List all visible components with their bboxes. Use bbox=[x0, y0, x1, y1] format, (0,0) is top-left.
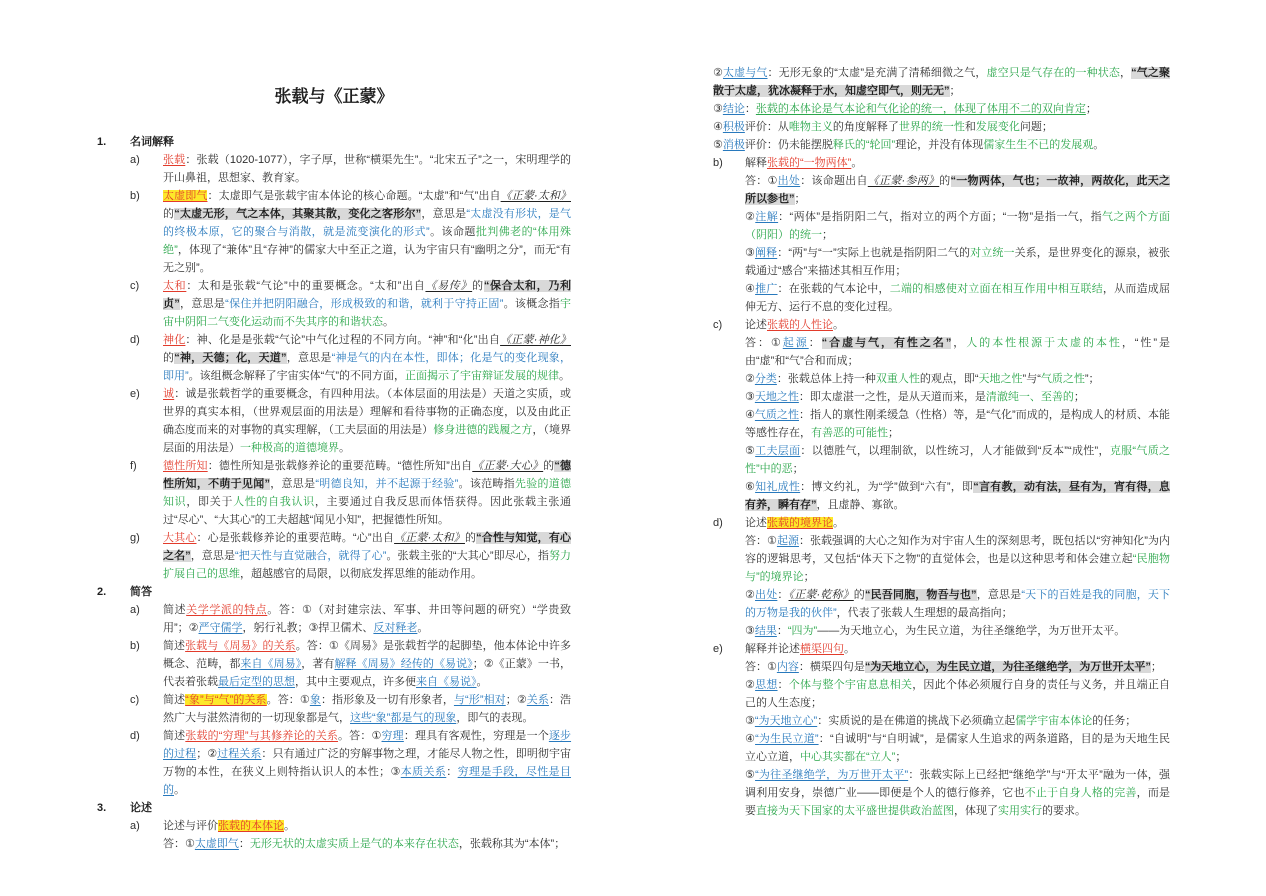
text: ，代表了张载人生理想的最高指向； bbox=[837, 607, 1013, 619]
key-term-red: 诚 bbox=[163, 388, 174, 400]
text: 。 bbox=[339, 442, 350, 454]
analysis-text-green: 二端的相感使对立面在相互作用中相互联结 bbox=[890, 283, 1103, 295]
text: ③ bbox=[713, 103, 723, 115]
text: ： bbox=[777, 625, 788, 637]
text: 。该概念指 bbox=[503, 298, 560, 310]
book-title: 《易传》 bbox=[425, 280, 472, 292]
text: 。 bbox=[1093, 139, 1104, 151]
text: ； bbox=[1086, 103, 1097, 115]
text: 论述 bbox=[745, 517, 767, 529]
book-title: 《正蒙·乾称》 bbox=[789, 589, 854, 601]
text: ：即太虚湛一之性，是从天道而来，是 bbox=[799, 391, 986, 403]
item-letter: c) bbox=[713, 316, 745, 514]
key-point-blue: 来自《易说》 bbox=[416, 676, 477, 688]
translation-text: “把天性与直觉融合，就得了心” bbox=[235, 550, 386, 562]
list-item: c)太和：太和是张载“气论”中的重要概念。“太和”出自《易传》的“保合太和，乃利… bbox=[130, 277, 571, 331]
text: ④ bbox=[745, 283, 755, 295]
text: ，意思是 bbox=[421, 208, 466, 220]
answer-continuation: ②太虚与气：无形无象的“太虚”是充满了清稀细微之气，虚空只是气存在的一种状态，“… bbox=[713, 64, 1170, 154]
key-point-blue: 象 bbox=[310, 694, 321, 706]
text: ，意思是 bbox=[287, 352, 332, 364]
text: 答：① bbox=[745, 661, 777, 673]
text: ： bbox=[239, 838, 250, 850]
section-number: 1. bbox=[97, 133, 130, 151]
text: ③ bbox=[745, 247, 755, 259]
text: ：张载总体上持一种 bbox=[777, 373, 876, 385]
text: 的 bbox=[543, 460, 554, 472]
text: ； bbox=[950, 85, 961, 97]
list-item: d)简述张载的“穷理”与其修养论的关系。答：①穷理：理具有客观性，穷理是一个逐步… bbox=[130, 727, 571, 799]
key-term-red: 大其心 bbox=[163, 532, 197, 544]
key-term-red: 关学学派的特点 bbox=[186, 604, 267, 616]
book-title: 《正蒙·太和》 bbox=[501, 190, 571, 202]
text: ： bbox=[777, 589, 788, 601]
key-point-blue: 推广 bbox=[755, 283, 777, 295]
analysis-text-green-underlined: 张载的本体论是气本论和气化论的统一，体现了体用不二的双向肯定 bbox=[756, 103, 1086, 115]
list-item: e)解释并论述横渠四句。答：①内容：横渠四句是“为天地立心，为生民立道，为往圣继… bbox=[713, 640, 1170, 820]
paragraph: ②注解：“两体”是指阴阳二气，指对立的两个方面；“一物”是指一气，指气之两个方面… bbox=[745, 208, 1170, 244]
key-point-blue: 气质之性 bbox=[755, 409, 799, 421]
paragraph: ③结论：张载的本体论是气本论和气化论的统一，体现了体用不二的双向肯定； bbox=[713, 100, 1170, 118]
text: ，著有 bbox=[301, 658, 334, 670]
text: 评价：仍未能摆脱 bbox=[745, 139, 833, 151]
analysis-text-green: 虚空只是气存在的一种状态 bbox=[987, 67, 1121, 79]
key-point-blue: 思想 bbox=[755, 679, 777, 691]
text: ：理具有客观性，穷理是一个 bbox=[404, 730, 549, 742]
paragraph: 德性所知：德性所知是张载修养论的重要范畴。“德性所知”出自《正蒙·大心》的“德性… bbox=[163, 457, 571, 529]
list-item: c)简述“象”与“气”的关系。答：①象：指形象及一切有形象者，与“形”相对；②关… bbox=[130, 691, 571, 727]
key-point-blue: 工夫层面 bbox=[755, 445, 800, 457]
text: ”与“ bbox=[1023, 373, 1041, 385]
analysis-text-green: 有善恶的可能性 bbox=[811, 427, 888, 439]
paragraph: ③天地之性：即太虚湛一之性，是从天道而来，是清澈纯一、至善的； bbox=[745, 388, 1170, 406]
paragraph: 论述张载的人性论。 bbox=[745, 316, 1170, 334]
text: 的 bbox=[939, 175, 950, 187]
text: ；② bbox=[506, 694, 527, 706]
text: ，意思是 bbox=[977, 589, 1022, 601]
key-point-blue: 注解 bbox=[755, 211, 778, 223]
text: 的 bbox=[163, 352, 174, 364]
paragraph: 答：①内容：横渠四句是“为天地立心，为生民立道，为往圣继绝学，为万世开太平”； bbox=[745, 658, 1170, 676]
highlighted-key-term: 太虚即气 bbox=[163, 190, 207, 202]
key-point-blue: 与“形”相对 bbox=[454, 694, 506, 706]
key-point-blue: 天地之性 bbox=[755, 391, 799, 403]
text: ，即关于 bbox=[186, 496, 233, 508]
text: 问题； bbox=[1020, 121, 1053, 133]
text: 。 bbox=[477, 676, 488, 688]
paragraph: 论述与评价张载的本体论。 bbox=[163, 817, 571, 835]
text: ： bbox=[745, 103, 756, 115]
key-point-blue: 起源 bbox=[783, 337, 809, 349]
text: 。 bbox=[174, 784, 185, 796]
text: ：太虚即气是张载宇宙本体论的核心命题。“太虚”和“气”出自 bbox=[207, 190, 500, 202]
item-letter: b) bbox=[130, 637, 163, 691]
analysis-text-green: 儒家生生不已的发展观 bbox=[983, 139, 1093, 151]
text: ； bbox=[822, 229, 833, 241]
list-item: d)神化：神、化是是张载“气论”中气化过程的不同方向。“神”和“化”出自《正蒙·… bbox=[130, 331, 571, 385]
section-heading: 论述 bbox=[130, 799, 152, 817]
paragraph: 简述张载的“穷理”与其修养论的关系。答：①穷理：理具有客观性，穷理是一个逐步的过… bbox=[163, 727, 571, 799]
book-title: 《正蒙·神化》 bbox=[500, 334, 571, 346]
item-body: 简述张载与《周易》的关系。答：①《周易》是张载哲学的起脚垫，他本体论中许多概念、… bbox=[163, 637, 571, 691]
key-point-blue: 最后定型的思想 bbox=[218, 676, 295, 688]
paragraph: 太虚即气：太虚即气是张载宇宙本体论的核心命题。“太虚”和“气”出自《正蒙·太和》… bbox=[163, 187, 571, 277]
text: ，其中主要观点，许多便 bbox=[295, 676, 416, 688]
text: 。 bbox=[844, 643, 855, 655]
list-item: d)论述张载的境界论。答：①起源：张载强调的大心之知作为对宇宙人生的深刻思考，既… bbox=[713, 514, 1170, 640]
analysis-text-green: 双重人性 bbox=[876, 373, 920, 385]
text: ⑤ bbox=[745, 769, 755, 781]
paragraph: 答：①起源：“合虚与气，有性之名”，人的本性根源于太虚的本性，“性”是由“虚”和… bbox=[745, 334, 1170, 370]
item-letter: e) bbox=[130, 385, 163, 457]
analysis-text-green: 发展变化 bbox=[976, 121, 1020, 133]
text: ： bbox=[778, 679, 789, 691]
text: ——为天地立心，为生民立道，为往圣继绝学，为万世开太平。 bbox=[817, 625, 1125, 637]
item-letter: c) bbox=[130, 277, 163, 331]
section-number: 2. bbox=[97, 583, 130, 601]
key-point-blue: 本质关系 bbox=[401, 766, 447, 778]
text: ； bbox=[1074, 391, 1085, 403]
paragraph: ⑤工夫层面：以德胜气，以理制欲，以性统习，人才能做到“反本”“成性”，克服“气质… bbox=[745, 442, 1170, 478]
paragraph: 解释张载的“一物两体”。 bbox=[745, 154, 1170, 172]
highlighted-key-term: 张载的本体论 bbox=[218, 820, 284, 832]
page-left: 张载与《正蒙》 1.名词解释a)张载：张载（1020-1077），字子厚，世称“… bbox=[97, 86, 571, 853]
text: ⑥ bbox=[745, 481, 755, 493]
text: ：张载强调的大心之知作为对宇宙人生的深刻思考，既包括以“穷神知化”为内容的逻辑思… bbox=[745, 535, 1170, 565]
key-point-blue: 出处 bbox=[755, 589, 777, 601]
key-term-red: 张载的“穷理”与其修养论的关系 bbox=[185, 730, 338, 742]
text: ”； bbox=[1085, 373, 1100, 385]
section-heading: 名词解释 bbox=[130, 133, 174, 151]
text: 理论，并没有体现 bbox=[895, 139, 983, 151]
item-body: 论述张载的人性论。答：①起源：“合虚与气，有性之名”，人的本性根源于太虚的本性，… bbox=[745, 316, 1170, 514]
text: ； bbox=[793, 463, 804, 475]
key-point-blue: 这些“象”都是气的现象 bbox=[350, 712, 456, 724]
text: ④ bbox=[713, 121, 723, 133]
paragraph: ⑤消极评价：仍未能摆脱释氏的“轮回”理论，并没有体现儒家生生不已的发展观。 bbox=[713, 136, 1170, 154]
text: 。张载主张的“大其心”即尽心，指 bbox=[386, 550, 549, 562]
list-item: b)解释张载的“一物两体”。答：①出处：该命题出自《正蒙·参两》的“一物两体，气… bbox=[713, 154, 1170, 316]
text: ；② bbox=[196, 748, 217, 760]
text: 解释 bbox=[745, 157, 767, 169]
text: ：德性所知是张载修养论的重要范畴。“德性所知”出自 bbox=[208, 460, 473, 472]
text: ：张载（1020-1077），字子厚，世称“横渠先生”。“北宋五子”之一，宋明理… bbox=[163, 154, 571, 184]
paragraph: 简述张载与《周易》的关系。答：①《周易》是张载哲学的起脚垫，他本体论中许多概念、… bbox=[163, 637, 571, 691]
item-body: 论述与评价张载的本体论。答：①太虚即气：无形无状的太虚实质上是气的本来存在状态，… bbox=[163, 817, 571, 853]
item-letter: b) bbox=[130, 187, 163, 277]
text: 论述与评价 bbox=[163, 820, 218, 832]
item-body: 解释张载的“一物两体”。答：①出处：该命题出自《正蒙·参两》的“一物两体，气也；… bbox=[745, 154, 1170, 316]
text: ： bbox=[446, 766, 457, 778]
text: ： bbox=[809, 337, 822, 349]
text: ：博文约礼，为“学”做到“六有”，即 bbox=[800, 481, 973, 493]
text: ② bbox=[713, 67, 723, 79]
text: ：横渠四句是 bbox=[799, 661, 865, 673]
analysis-text-green: 中心其实都在“立人” bbox=[800, 751, 895, 763]
text: ③ bbox=[745, 625, 755, 637]
text: ，即气的表现。 bbox=[456, 712, 533, 724]
paragraph: ③结果：“四为”——为天地立心，为生民立道，为往圣继绝学，为万世开太平。 bbox=[745, 622, 1170, 640]
text: 和 bbox=[965, 121, 976, 133]
analysis-text-green: 儒学宇宙本体论 bbox=[1015, 715, 1092, 727]
analysis-text-green: 人性的自我认识 bbox=[233, 496, 315, 508]
text: ④ bbox=[745, 733, 755, 745]
paragraph: ⑥知礼成性：博文约礼，为“学”做到“六有”，即“言有教，动有法，昼有为，宵有得，… bbox=[745, 478, 1170, 514]
item-letter: g) bbox=[130, 529, 163, 583]
list-item: f)德性所知：德性所知是张载修养论的重要范畴。“德性所知”出自《正蒙·大心》的“… bbox=[130, 457, 571, 529]
text: ，意思是 bbox=[270, 478, 315, 490]
text: ：太和是张载“气论”中的重要概念。“太和”出自 bbox=[186, 280, 425, 292]
list-item: a)张载：张载（1020-1077），字子厚，世称“横渠先生”。“北宋五子”之一… bbox=[130, 151, 571, 187]
text: 简述 bbox=[163, 604, 186, 616]
text: 。 bbox=[559, 370, 570, 382]
key-point-blue: 太虚与气 bbox=[723, 67, 768, 79]
paragraph: 答：①出处：该命题出自《正蒙·参两》的“一物两体，气也；一故神，两故化，此天之所… bbox=[745, 172, 1170, 208]
text: ，意思是 bbox=[191, 550, 235, 562]
paragraph: 张载：张载（1020-1077），字子厚，世称“横渠先生”。“北宋五子”之一，宋… bbox=[163, 151, 571, 187]
book-title: 《正蒙·参两》 bbox=[868, 175, 940, 187]
item-letter: c) bbox=[130, 691, 163, 727]
text: ：在张载的气本论中， bbox=[778, 283, 890, 295]
paragraph: 简述关学学派的特点。答：①（对封建宗法、军事、井田等问题的研究）“学贵致用”；②… bbox=[163, 601, 571, 637]
analysis-text-green: 修身进德的践履之方 bbox=[433, 424, 532, 436]
key-point-blue: “为天地立心” bbox=[755, 715, 817, 727]
highlighted-key-term: 张载的境界论 bbox=[767, 517, 833, 529]
text: ：“两”与“一”实际上也就是指阴阳二气的 bbox=[777, 247, 970, 259]
paragraph: ④气质之性：指人的禀性刚柔缓急（性格）等，是“气化”而成的，是构成人的材质、本能… bbox=[745, 406, 1170, 442]
item-letter: e) bbox=[713, 640, 745, 820]
item-letter: f) bbox=[130, 457, 163, 529]
text: ③ bbox=[745, 391, 755, 403]
text: 。 bbox=[383, 316, 394, 328]
paragraph: ④推广：在张载的气本论中，二端的相感使对立面在相互作用中相互联结，从而造成屈伸无… bbox=[745, 280, 1170, 316]
key-point-blue: “为往圣继绝学，为万世开太平” bbox=[755, 769, 908, 781]
analysis-text-green: 天地之性 bbox=[979, 373, 1023, 385]
text: ， bbox=[951, 337, 966, 349]
key-point-blue: 来自《周易》 bbox=[240, 658, 301, 670]
paragraph: 太和：太和是张载“气论”中的重要概念。“太和”出自《易传》的“保合太和，乃利贞”… bbox=[163, 277, 571, 331]
text: 。 bbox=[417, 622, 428, 634]
paragraph: ③“为天地立心”：实质说的是在佛道的挑战下必须确立起儒学宇宙本体论的任务； bbox=[745, 712, 1170, 730]
text: 答：① bbox=[745, 175, 778, 187]
text: ：指人的禀性刚柔缓急（性格）等，是“气化”而成的，是构成人的材质、本能等感性存在… bbox=[745, 409, 1170, 439]
key-point-blue: “为生民立道” bbox=[755, 733, 819, 745]
text: 论述 bbox=[745, 319, 767, 331]
page-right: ②太虚与气：无形无象的“太虚”是充满了清稀细微之气，虚空只是气存在的一种状态，“… bbox=[713, 64, 1170, 820]
paragraph: 简述“象”与“气”的关系。答：①象：指形象及一切有形象者，与“形”相对；②关系：… bbox=[163, 691, 571, 727]
analysis-text-green: 对立统一 bbox=[970, 247, 1014, 259]
text: 。 bbox=[833, 319, 844, 331]
section-heading: 简答 bbox=[130, 583, 152, 601]
analysis-text-green: 人的本性根源于太虚的本性 bbox=[966, 337, 1122, 349]
text: ：该命题出自 bbox=[800, 175, 868, 187]
text: ：指形象及一切有形象者， bbox=[321, 694, 454, 706]
key-point-blue: 反对释老 bbox=[373, 622, 417, 634]
text: ③ bbox=[745, 715, 755, 727]
analysis-text-green: 唯物主义 bbox=[789, 121, 833, 133]
item-body: 简述张载的“穷理”与其修养论的关系。答：①穷理：理具有客观性，穷理是一个逐步的过… bbox=[163, 727, 571, 799]
key-term-red: 张载与《周易》的关系 bbox=[185, 640, 296, 652]
text: ，体现了“兼体”且“存神”的儒家大中至正之道，认为宇宙只有“幽明之分”，而无“有… bbox=[163, 244, 571, 274]
text: 的 bbox=[854, 589, 865, 601]
item-body: 太虚即气：太虚即气是张载宇宙本体论的核心命题。“太虚”和“气”出自《正蒙·太和》… bbox=[163, 187, 571, 277]
text: ⑤ bbox=[713, 139, 723, 151]
paragraph: ②出处：《正蒙·乾称》的“民吾同胞，物吾与也”，意思是“天下的百姓是我的同胞，天… bbox=[745, 586, 1170, 622]
text: 。 bbox=[833, 517, 844, 529]
text: ② bbox=[745, 589, 755, 601]
text: ：“两体”是指阴阳二气，指对立的两个方面；“一物”是指一气，指 bbox=[778, 211, 1102, 223]
analysis-text-green: 清澈纯一、至善的 bbox=[986, 391, 1074, 403]
item-letter: d) bbox=[130, 331, 163, 385]
analysis-text-green: 释氏的“轮回” bbox=[833, 139, 895, 151]
paragraph: 论述张载的境界论。 bbox=[745, 514, 1170, 532]
analysis-text-green: 实用实行 bbox=[998, 805, 1042, 817]
analysis-text-green: 直接为天下国家的太平盛世提供政治蓝图 bbox=[756, 805, 954, 817]
text: ，体现了 bbox=[954, 805, 998, 817]
text: 的 bbox=[465, 532, 476, 544]
item-body: 太和：太和是张载“气论”中的重要概念。“太和”出自《易传》的“保合太和，乃利贞”… bbox=[163, 277, 571, 331]
key-point-blue: 解释《周易》经传的《易说》 bbox=[334, 658, 472, 670]
item-letter: d) bbox=[713, 514, 745, 640]
highlighted-key-term: “象”与“气”的关系 bbox=[185, 694, 266, 706]
paragraph: 答：①太虚即气：无形无状的太虚实质上是气的本来存在状态，张载称其为“本体”； bbox=[163, 835, 571, 853]
key-point-blue: 过程关系 bbox=[217, 748, 261, 760]
text: 的要求。 bbox=[1042, 805, 1086, 817]
text: ； bbox=[1151, 661, 1162, 673]
text: 答：① bbox=[163, 838, 195, 850]
key-point-blue: 关系 bbox=[527, 694, 549, 706]
text: 。该命题 bbox=[430, 226, 476, 238]
translation-text: “保住并把阴阳融合，形成极致的和谐，就利于守持正固” bbox=[225, 298, 503, 310]
analysis-text-green: “四为” bbox=[788, 625, 817, 637]
paragraph: 大其心：心是张载修养论的重要范畴。“心”出自《正蒙·太和》的“合性与知觉，有心之… bbox=[163, 529, 571, 583]
text: ； bbox=[888, 427, 899, 439]
key-point-blue: 结果 bbox=[755, 625, 777, 637]
text: ，张载称其为“本体”； bbox=[459, 838, 565, 850]
text: ：神、化是是张载“气论”中气化过程的不同方向。“神”和“化”出自 bbox=[185, 334, 500, 346]
item-body: 论述张载的境界论。答：①起源：张载强调的大心之知作为对宇宙人生的深刻思考，既包括… bbox=[745, 514, 1170, 640]
key-term-red: 太和 bbox=[163, 280, 186, 292]
key-term-red: 神化 bbox=[163, 334, 185, 346]
book-title: 《正蒙·太和》 bbox=[394, 532, 465, 544]
item-body: 大其心：心是张载修养论的重要范畴。“心”出自《正蒙·太和》的“合性与知觉，有心之… bbox=[163, 529, 571, 583]
paragraph: 答：①起源：张载强调的大心之知作为对宇宙人生的深刻思考，既包括以“穷神知化”为内… bbox=[745, 532, 1170, 586]
analysis-text-green: 世界的统一性 bbox=[899, 121, 965, 133]
item-letter: a) bbox=[130, 601, 163, 637]
key-point-blue: 内容 bbox=[777, 661, 799, 673]
item-letter: b) bbox=[713, 154, 745, 316]
text: 。该范畴指 bbox=[458, 478, 515, 490]
list-item: e)诚：诚是张载哲学的重要概念，有四种用法。（本体层面的用法是）天道之实质，或世… bbox=[130, 385, 571, 457]
text: 的角度解释了 bbox=[833, 121, 899, 133]
translation-text: “明德良知，并不起源于经验” bbox=[315, 478, 458, 490]
paragraph: 神化：神、化是是张载“气论”中气化过程的不同方向。“神”和“化”出自《正蒙·神化… bbox=[163, 331, 571, 385]
left-sections: 1.名词解释a)张载：张载（1020-1077），字子厚，世称“横渠先生”。“北… bbox=[97, 133, 571, 853]
text: 。答：① bbox=[338, 730, 382, 742]
analysis-text-green: 个体与整个宇宙息息相关 bbox=[789, 679, 912, 691]
book-title: 《正蒙·大心》 bbox=[472, 460, 543, 472]
text: ，超越感官的局限，以彻底发挥思维的能动作用。 bbox=[240, 568, 482, 580]
key-point-blue: 穷理 bbox=[382, 730, 404, 742]
text: 。答：① bbox=[267, 694, 310, 706]
quoted-source-text: “神，天德；化，天道” bbox=[174, 352, 286, 364]
key-point-blue: 起源 bbox=[777, 535, 799, 547]
key-point-blue: 消极 bbox=[723, 139, 745, 151]
key-point-blue: 出处 bbox=[778, 175, 801, 187]
key-term-red: 张载的“一物两体” bbox=[767, 157, 851, 169]
item-letter: d) bbox=[130, 727, 163, 799]
analysis-text-green: 一种极高的道德境界 bbox=[240, 442, 339, 454]
text: ：无形无象的“太虚”是充满了清稀细微之气， bbox=[768, 67, 987, 79]
text: ，意思是 bbox=[180, 298, 225, 310]
analysis-text-green: 无形无状的太虚实质上是气的本来存在状态 bbox=[250, 838, 459, 850]
text: ：心是张载修养论的重要范畴。“心”出自 bbox=[197, 532, 395, 544]
text: ，且虚静、寡欲。 bbox=[817, 499, 905, 511]
list-item: b)简述张载与《周易》的关系。答：①《周易》是张载哲学的起脚垫，他本体论中许多概… bbox=[130, 637, 571, 691]
item-body: 诚：诚是张载哲学的重要概念，有四种用法。（本体层面的用法是）天道之实质，或世界的… bbox=[163, 385, 571, 457]
text: 简述 bbox=[163, 640, 185, 652]
text: 的任务； bbox=[1092, 715, 1136, 727]
item-body: 简述“象”与“气”的关系。答：①象：指形象及一切有形象者，与“形”相对；②关系：… bbox=[163, 691, 571, 727]
quoted-source-text: “太虚无形，气之本体，其聚其散，变化之客形尔” bbox=[174, 208, 421, 220]
key-point-blue: 结论 bbox=[723, 103, 745, 115]
text: 。 bbox=[284, 820, 295, 832]
analysis-text-green: 正面揭示了宇宙辩证发展的规律 bbox=[405, 370, 559, 382]
item-body: 简述关学学派的特点。答：①（对封建宗法、军事、井田等问题的研究）“学贵致用”；②… bbox=[163, 601, 571, 637]
text: ⑤ bbox=[745, 445, 755, 457]
text: 答：① bbox=[745, 337, 783, 349]
text: 解释并论述 bbox=[745, 643, 800, 655]
list-item: g)大其心：心是张载修养论的重要范畴。“心”出自《正蒙·太和》的“合性与知觉，有… bbox=[130, 529, 571, 583]
list-item: c)论述张载的人性论。答：①起源：“合虚与气，有性之名”，人的本性根源于太虚的本… bbox=[713, 316, 1170, 514]
text: ：以德胜气，以理制欲，以性统习，人才能做到“反本”“成性”， bbox=[800, 445, 1109, 457]
text: ，躬行礼教；③捍卫儒术、 bbox=[243, 622, 374, 634]
list-item: b)太虚即气：太虚即气是张载宇宙本体论的核心命题。“太虚”和“气”出自《正蒙·太… bbox=[130, 187, 571, 277]
key-point-blue: 阐释 bbox=[755, 247, 777, 259]
text: ， bbox=[1120, 67, 1131, 79]
list-item: a)简述关学学派的特点。答：①（对封建宗法、军事、井田等问题的研究）“学贵致用”… bbox=[130, 601, 571, 637]
section-heading-row: 2.简答 bbox=[97, 583, 571, 601]
text: ：实质说的是在佛道的挑战下必须确立起 bbox=[817, 715, 1015, 727]
text: 的观点，即“ bbox=[920, 373, 979, 385]
key-point-blue: 知礼成性 bbox=[755, 481, 800, 493]
right-items: b)解释张载的“一物两体”。答：①出处：该命题出自《正蒙·参两》的“一物两体，气… bbox=[713, 154, 1170, 820]
key-point-blue: 严守儒学 bbox=[199, 622, 243, 634]
text: 。该组概念解释了宇宙实体“气”的不同方面， bbox=[189, 370, 405, 382]
paragraph: ②分类：张载总体上持一种双重人性的观点，即“天地之性”与“气质之性”； bbox=[745, 370, 1170, 388]
text: ② bbox=[745, 679, 755, 691]
text: 简述 bbox=[163, 694, 185, 706]
key-term-red: 张载的人性论 bbox=[767, 319, 833, 331]
text: 答：① bbox=[745, 535, 777, 547]
text: ； bbox=[795, 193, 806, 205]
item-letter: a) bbox=[130, 817, 163, 853]
section-heading-row: 1.名词解释 bbox=[97, 133, 571, 151]
paragraph: ④“为生民立道”：“自诚明”与“自明诚”，是儒家人生追求的两条道路，目的是为天地… bbox=[745, 730, 1170, 766]
paragraph: ④积极评价：从唯物主义的角度解释了世界的统一性和发展变化问题； bbox=[713, 118, 1170, 136]
item-body: 解释并论述横渠四句。答：①内容：横渠四句是“为天地立心，为生民立道，为往圣继绝学… bbox=[745, 640, 1170, 820]
quoted-source-text: “为天地立心，为生民立道，为往圣继绝学，为万世开太平” bbox=[865, 661, 1151, 673]
analysis-text-green: 气质之性 bbox=[1041, 373, 1085, 385]
key-point-blue: 积极 bbox=[723, 121, 745, 133]
key-point-blue: 分类 bbox=[755, 373, 777, 385]
text: 的 bbox=[472, 280, 484, 292]
text: 。 bbox=[851, 157, 862, 169]
text: ② bbox=[745, 373, 755, 385]
paragraph: ②思想：个体与整个宇宙息息相关，因此个体必须履行自身的责任与义务，并且端正自己的… bbox=[745, 676, 1170, 712]
paragraph: ③阐释：“两”与“一”实际上也就是指阴阳二气的对立统一关系，是世界变化的源泉，被… bbox=[745, 244, 1170, 280]
text: ； bbox=[895, 751, 906, 763]
